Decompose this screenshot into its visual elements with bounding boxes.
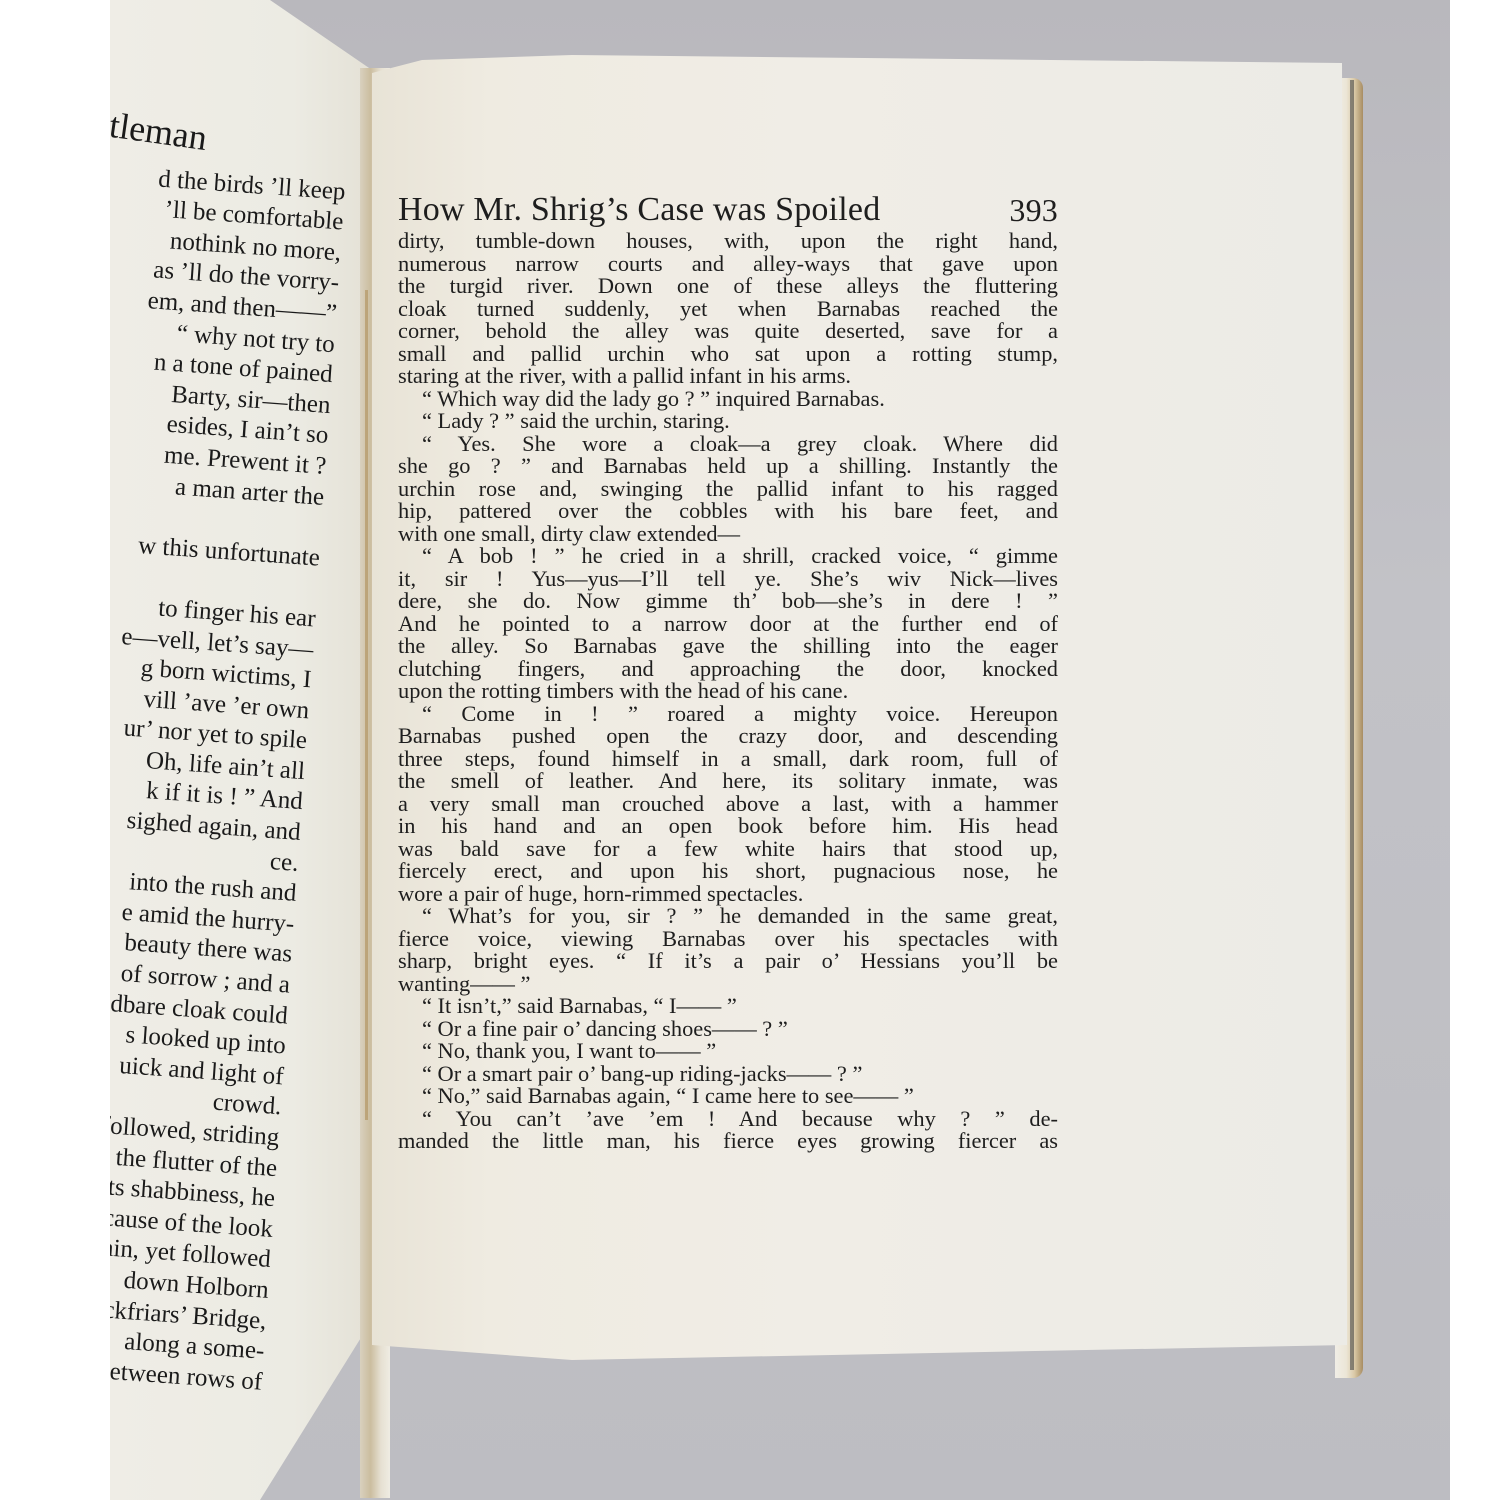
text-line: “ Come in ! ” roared a mighty voice. Her… <box>398 703 1058 726</box>
text-line: “ Yes. She wore a cloak—a grey cloak. Wh… <box>398 433 1058 456</box>
running-head: How Mr. Shrig’s Case was Spoiled 393 <box>398 190 1058 230</box>
text-line: manded the little man, his fierce eyes g… <box>398 1130 1058 1153</box>
text-line: in his hand and an open book before him.… <box>398 815 1058 838</box>
text-line: was bald save for a few white hairs that… <box>398 838 1058 861</box>
text-line: with one small, dirty claw extended— <box>398 523 1058 546</box>
text-line: “ Or a fine pair o’ dancing shoes—— ? ” <box>398 1018 1058 1041</box>
text-line: “ Lady ? ” said the urchin, staring. <box>398 410 1058 433</box>
text-line: fierce voice, viewing Barnabas over his … <box>398 928 1058 951</box>
text-line: she go ? ” and Barnabas held up a shilli… <box>398 455 1058 478</box>
cover-edge <box>1350 80 1354 1370</box>
text-line: dirty, tumble-down houses, with, upon th… <box>398 230 1058 253</box>
text-line: hip, pattered over the cobbles with his … <box>398 500 1058 523</box>
text-line: “ Which way did the lady go ? ” inquired… <box>398 388 1058 411</box>
text-line: And he pointed to a narrow door at the f… <box>398 613 1058 636</box>
text-line: clutching fingers, and approaching the d… <box>398 658 1058 681</box>
page-number: 393 <box>1009 190 1058 230</box>
text-line: numerous narrow courts and alley-ways th… <box>398 253 1058 276</box>
text-line: fiercely erect, and upon his short, pugn… <box>398 860 1058 883</box>
text-line: a very small man crouched above a last, … <box>398 793 1058 816</box>
chapter-title: How Mr. Shrig’s Case was Spoiled <box>398 190 880 230</box>
text-line: Barnabas pushed open the crazy door, and… <box>398 725 1058 748</box>
text-line: wore a pair of huge, horn-rimmed spectac… <box>398 883 1058 906</box>
text-line: small and pallid urchin who sat upon a r… <box>398 343 1058 366</box>
text-line: “ No,” said Barnabas again, “ I came her… <box>398 1085 1058 1108</box>
text-line: the turgid river. Down one of these alle… <box>398 275 1058 298</box>
text-line: dere, she do. Now gimme th’ bob—she’s in… <box>398 590 1058 613</box>
text-line: “ A bob ! ” he cried in a shrill, cracke… <box>398 545 1058 568</box>
text-line: staring at the river, with a pallid infa… <box>398 365 1058 388</box>
text-line: the alley. So Barnabas gave the shilling… <box>398 635 1058 658</box>
text-line: upon the rotting timbers with the head o… <box>398 680 1058 703</box>
binding-thread <box>365 290 368 1120</box>
text-line: the smell of leather. And here, its soli… <box>398 770 1058 793</box>
text-line: three steps, found himself in a small, d… <box>398 748 1058 771</box>
text-line: “ Or a smart pair o’ bang-up riding-jack… <box>398 1063 1058 1086</box>
text-line: “ What’s for you, sir ? ” he demanded in… <box>398 905 1058 928</box>
text-line: wanting—— ” <box>398 973 1058 996</box>
text-line: cloak turned suddenly, yet when Barnabas… <box>398 298 1058 321</box>
left-page: tleman d the birds ’ll keep’ll be comfor… <box>110 0 372 1500</box>
text-line: “ No, thank you, I want to—— ” <box>398 1040 1058 1063</box>
left-page-text: tleman d the birds ’ll keep’ll be comfor… <box>110 118 349 1398</box>
text-line: “ You can’t ’ave ’em ! And because why ?… <box>398 1108 1058 1131</box>
text-line: sharp, bright eyes. “ If it’s a pair o’ … <box>398 950 1058 973</box>
text-line: “ It isn’t,” said Barnabas, “ I—— ” <box>398 995 1058 1018</box>
text-line: corner, behold the alley was quite deser… <box>398 320 1058 343</box>
text-line: it, sir ! Yus—yus—I’ll tell ye. She’s wi… <box>398 568 1058 591</box>
text-line: urchin rose and, swinging the pallid inf… <box>398 478 1058 501</box>
body-text: dirty, tumble-down houses, with, upon th… <box>398 230 1058 1153</box>
right-page-text: How Mr. Shrig’s Case was Spoiled 393 dir… <box>398 190 1058 1153</box>
